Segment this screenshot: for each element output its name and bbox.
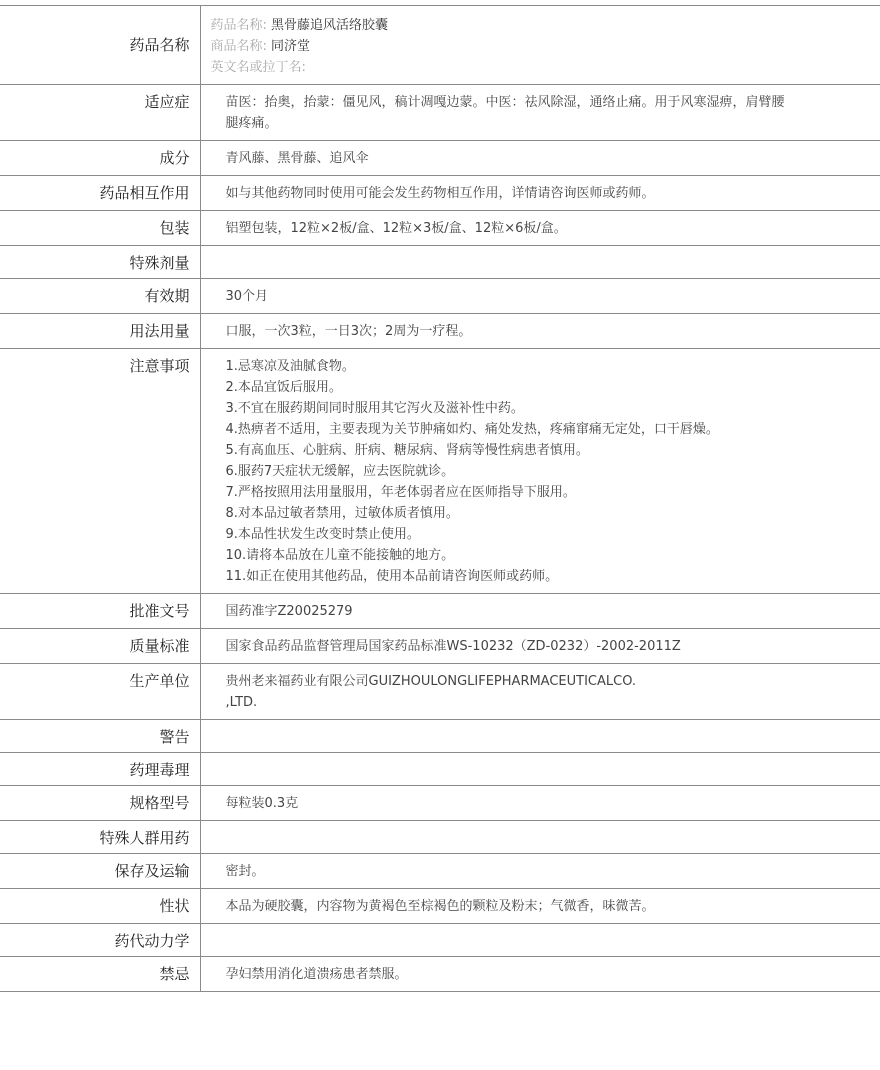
row-indications: 适应症 苗医：抬奥，抬蒙：僵见风，稿计凋嘎边蒙。中医：祛风除湿，通络止痛。用于风… (0, 85, 880, 141)
drug-name-key: 药品名称: (211, 18, 267, 33)
precaution-item: 2.本品宜饭后服用。 (226, 377, 871, 398)
label-interactions: 药品相互作用 (0, 176, 200, 211)
value-description: 本品为硬胶囊，内容物为黄褐色至棕褐色的颗粒及粉末；气微香，味微苦。 (200, 889, 880, 924)
manufacturer-line-1: 贵州老来福药业有限公司GUIZHOULONGLIFEPHARMACEUTICAL… (226, 671, 871, 692)
row-pharmacology-toxicology: 药理毒理 (0, 753, 880, 786)
trade-name-line: 商品名称: 同济堂 (211, 36, 871, 57)
precaution-item: 6.服药7天症状无缓解，应去医院就诊。 (226, 461, 871, 482)
value-shelf-life: 30个月 (200, 279, 880, 314)
value-indications: 苗医：抬奥，抬蒙：僵见风，稿计凋嘎边蒙。中医：祛风除湿，通络止痛。用于风寒湿痹，… (200, 85, 880, 141)
label-packaging: 包装 (0, 211, 200, 246)
label-manufacturer: 生产单位 (0, 664, 200, 720)
manufacturer-line-2: ,LTD. (226, 692, 871, 713)
value-ingredients: 青风藤、黑骨藤、追风伞 (200, 141, 880, 176)
label-pharmacokinetics: 药代动力学 (0, 924, 200, 957)
precaution-item: 1.忌寒凉及油腻食物。 (226, 356, 871, 377)
row-interactions: 药品相互作用 如与其他药物同时使用可能会发生药物相互作用，详情请咨询医师或药师。 (0, 176, 880, 211)
precaution-item: 8.对本品过敏者禁用，过敏体质者慎用。 (226, 503, 871, 524)
row-approval-number: 批准文号 国药准字Z20025279 (0, 594, 880, 629)
precaution-item: 5.有高血压、心脏病、肝病、糖尿病、肾病等慢性病患者慎用。 (226, 440, 871, 461)
label-precautions: 注意事项 (0, 349, 200, 594)
value-interactions: 如与其他药物同时使用可能会发生药物相互作用，详情请咨询医师或药师。 (200, 176, 880, 211)
value-contraindications: 孕妇禁用消化道溃疡患者禁服。 (200, 957, 880, 992)
value-precautions: 1.忌寒凉及油腻食物。 2.本品宜饭后服用。 3.不宜在服药期间同时服用其它泻火… (200, 349, 880, 594)
value-warning (200, 720, 880, 753)
english-name-line: 英文名或拉丁名: (211, 57, 871, 78)
row-special-populations: 特殊人群用药 (0, 821, 880, 854)
row-shelf-life: 有效期 30个月 (0, 279, 880, 314)
label-special-populations: 特殊人群用药 (0, 821, 200, 854)
value-storage-transport: 密封。 (200, 854, 880, 889)
trade-name-key: 商品名称: (211, 39, 267, 54)
precaution-item: 3.不宜在服药期间同时服用其它泻火及滋补性中药。 (226, 398, 871, 419)
label-quality-standard: 质量标准 (0, 629, 200, 664)
row-specification: 规格型号 每粒装0.3克 (0, 786, 880, 821)
value-pharmacokinetics (200, 924, 880, 957)
label-specification: 规格型号 (0, 786, 200, 821)
row-ingredients: 成分 青风藤、黑骨藤、追风伞 (0, 141, 880, 176)
value-usage-dosage: 口服，一次3粒，一日3次；2周为一疗程。 (200, 314, 880, 349)
label-special-dosage: 特殊剂量 (0, 246, 200, 279)
label-warning: 警告 (0, 720, 200, 753)
value-approval-number: 国药准字Z20025279 (200, 594, 880, 629)
label-description: 性状 (0, 889, 200, 924)
precaution-item: 7.严格按照用法用量服用，年老体弱者应在医师指导下服用。 (226, 482, 871, 503)
precaution-item: 9.本品性状发生改变时禁止使用。 (226, 524, 871, 545)
precaution-item: 11.如正在使用其他药品，使用本品前请咨询医师或药师。 (226, 566, 871, 587)
label-indications: 适应症 (0, 85, 200, 141)
value-packaging: 铝塑包装，12粒×2板/盒、12粒×3板/盒、12粒×6板/盒。 (200, 211, 880, 246)
row-usage-dosage: 用法用量 口服，一次3粒，一日3次；2周为一疗程。 (0, 314, 880, 349)
label-usage-dosage: 用法用量 (0, 314, 200, 349)
row-special-dosage: 特殊剂量 (0, 246, 880, 279)
drug-name-value: 黑骨藤追风活络胶囊 (271, 18, 388, 33)
value-specification: 每粒装0.3克 (200, 786, 880, 821)
row-description: 性状 本品为硬胶囊，内容物为黄褐色至棕褐色的颗粒及粉末；气微香，味微苦。 (0, 889, 880, 924)
trade-name-value: 同济堂 (271, 39, 310, 54)
value-product-name: 药品名称: 黑骨藤追风活络胶囊 商品名称: 同济堂 英文名或拉丁名: (200, 6, 880, 85)
row-manufacturer: 生产单位 贵州老来福药业有限公司GUIZHOULONGLIFEPHARMACEU… (0, 664, 880, 720)
value-special-dosage (200, 246, 880, 279)
row-pharmacokinetics: 药代动力学 (0, 924, 880, 957)
label-storage-transport: 保存及运输 (0, 854, 200, 889)
value-pharmacology-toxicology (200, 753, 880, 786)
english-name-key: 英文名或拉丁名: (211, 60, 306, 75)
row-contraindications: 禁忌 孕妇禁用消化道溃疡患者禁服。 (0, 957, 880, 992)
row-precautions: 注意事项 1.忌寒凉及油腻食物。 2.本品宜饭后服用。 3.不宜在服药期间同时服… (0, 349, 880, 594)
label-pharmacology-toxicology: 药理毒理 (0, 753, 200, 786)
label-approval-number: 批准文号 (0, 594, 200, 629)
drug-name-line: 药品名称: 黑骨藤追风活络胶囊 (211, 15, 871, 36)
row-product-name: 药品名称 药品名称: 黑骨藤追风活络胶囊 商品名称: 同济堂 英文名或拉丁名: (0, 6, 880, 85)
row-storage-transport: 保存及运输 密封。 (0, 854, 880, 889)
drug-spec-table: 药品名称 药品名称: 黑骨藤追风活络胶囊 商品名称: 同济堂 英文名或拉丁名: … (0, 5, 880, 992)
label-shelf-life: 有效期 (0, 279, 200, 314)
row-warning: 警告 (0, 720, 880, 753)
value-manufacturer: 贵州老来福药业有限公司GUIZHOULONGLIFEPHARMACEUTICAL… (200, 664, 880, 720)
label-contraindications: 禁忌 (0, 957, 200, 992)
row-quality-standard: 质量标准 国家食品药品监督管理局国家药品标准WS-10232（ZD-0232）-… (0, 629, 880, 664)
precaution-item: 10.请将本品放在儿童不能接触的地方。 (226, 545, 871, 566)
row-packaging: 包装 铝塑包装，12粒×2板/盒、12粒×3板/盒、12粒×6板/盒。 (0, 211, 880, 246)
value-quality-standard: 国家食品药品监督管理局国家药品标准WS-10232（ZD-0232）-2002-… (200, 629, 880, 664)
label-ingredients: 成分 (0, 141, 200, 176)
precaution-item: 4.热痹者不适用，主要表现为关节肿痛如灼、痛处发热，疼痛窜痛无定处，口干唇燥。 (226, 419, 871, 440)
label-product-name: 药品名称 (0, 6, 200, 85)
value-special-populations (200, 821, 880, 854)
